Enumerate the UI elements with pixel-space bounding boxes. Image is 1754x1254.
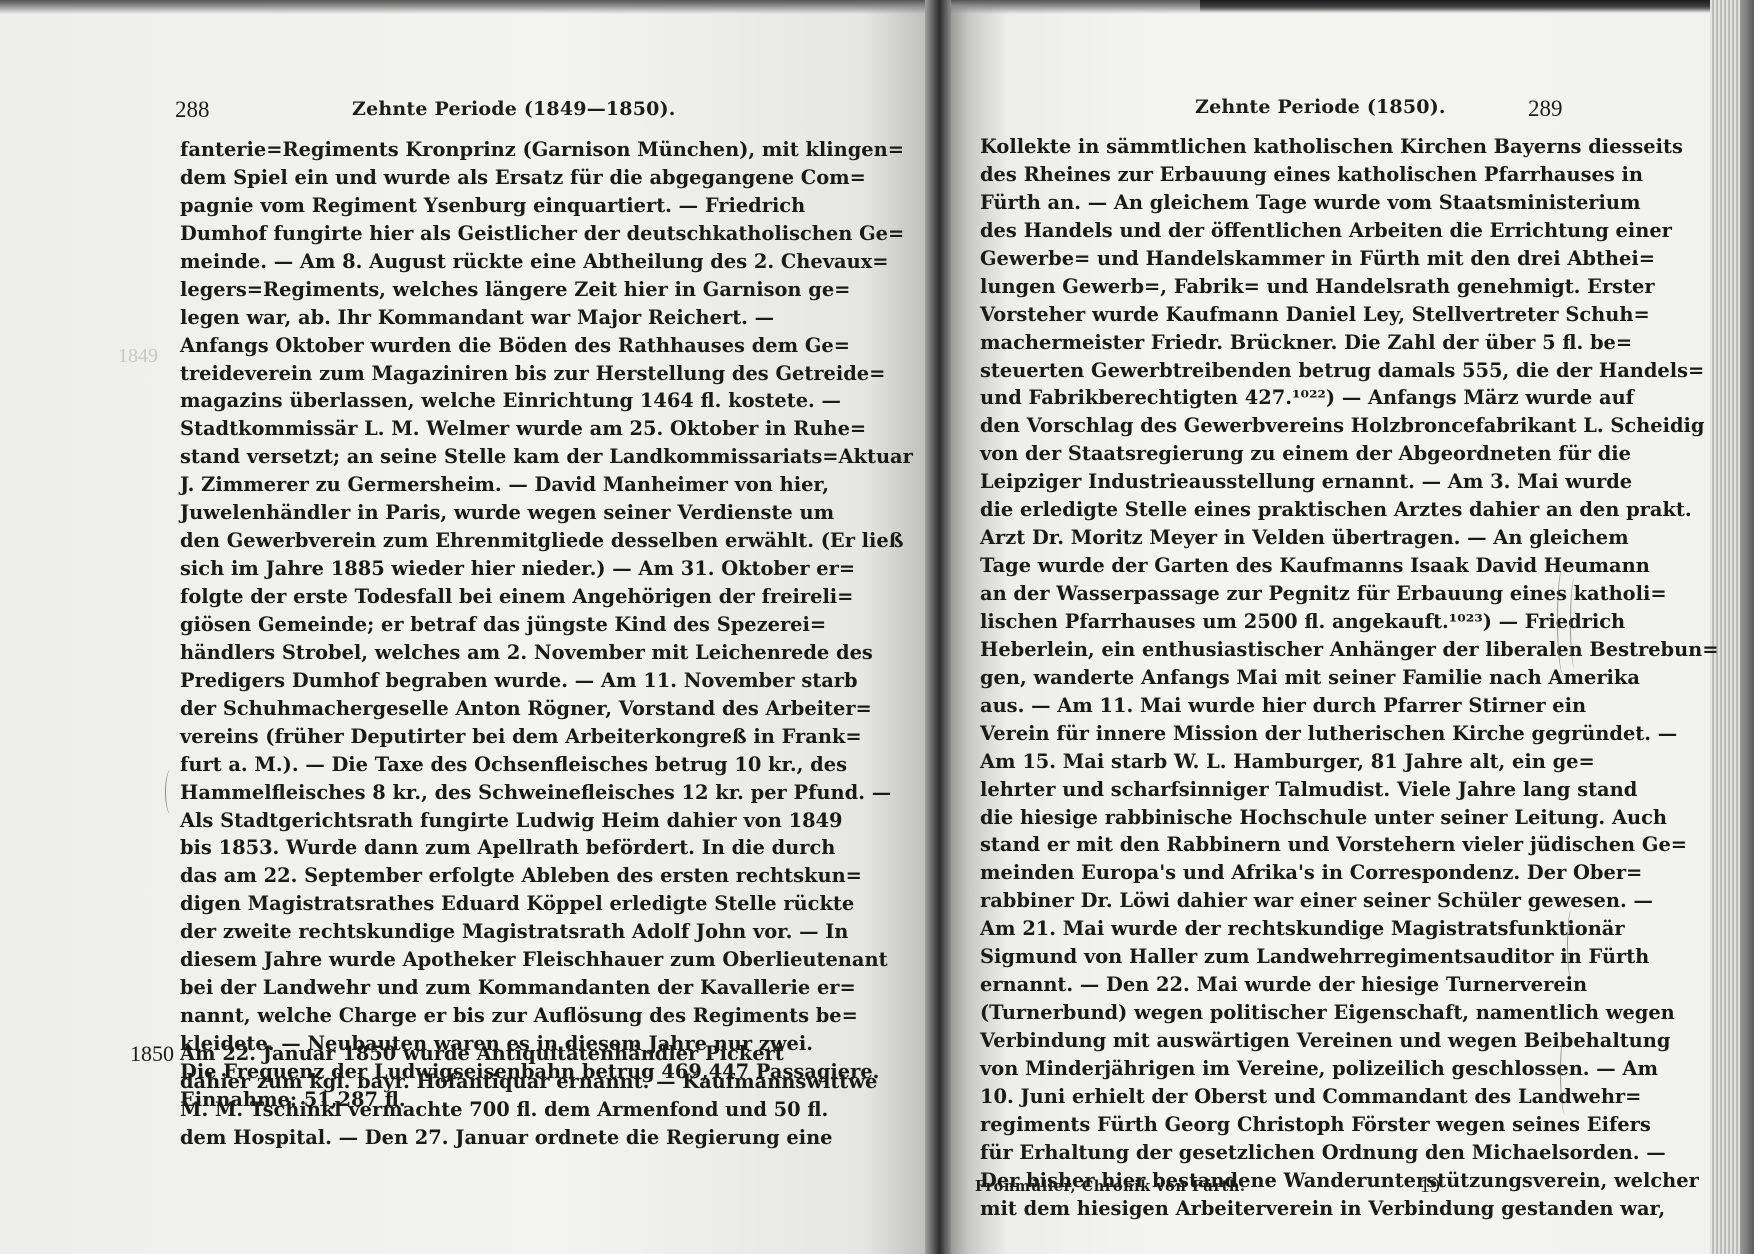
text-line: sich im Jahre 1885 wieder hier nieder.) … [180,555,758,583]
text-line: an der Wasserpassage zur Pegnitz für Erb… [980,580,1552,608]
text-line: Tage wurde der Garten des Kaufmanns Isaa… [980,552,1552,580]
ghost-margin-note: 1849 [118,345,158,368]
text-line: die erledigte Stelle eines praktischen A… [980,496,1552,524]
cover-edge [1740,0,1754,1254]
text-line: des Handels und der öffentlichen Arbeite… [980,217,1552,245]
text-line: dem Hospital. — Den 27. Januar ordnete d… [180,1124,758,1152]
left-page-number: 288 [175,97,210,123]
text-line: von Minderjährigen im Vereine, polizeili… [980,1055,1552,1083]
left-page-body: fanterie=Regiments Kronprinz (Garnison M… [180,136,758,1114]
text-line: des Rheines zur Erbauung eines katholisc… [980,161,1552,189]
text-line: 10. Juni erhielt der Oberst und Commanda… [980,1083,1552,1111]
text-line: steuerten Gewerbtreibenden betrug damals… [980,357,1552,385]
text-line: Heberlein, ein enthusiastischer Anhänger… [980,636,1552,664]
text-line: Juwelenhändler in Paris, wurde wegen sei… [180,499,758,527]
text-line: J. Zimmerer zu Germersheim. — David Manh… [180,471,758,499]
text-line: giösen Gemeinde; er betraf das jüngste K… [180,611,758,639]
text-line: meinden Europa's und Afrika's in Corresp… [980,859,1552,887]
right-page-number: 289 [1528,96,1563,122]
text-line: diesem Jahre wurde Apotheker Fleischhaue… [180,946,758,974]
pencil-mark-right-1 [1557,565,1570,675]
text-line: Am 21. Mai wurde der rechtskundige Magis… [980,915,1552,943]
text-line: Als Stadtgerichtsrath fungirte Ludwig He… [180,807,758,835]
text-line: bei der Landwehr und zum Kommandanten de… [180,974,758,1002]
text-line: dahier zum kgl. bayr. Hofantiquar ernann… [180,1068,758,1096]
left-page-1850-section: Am 22. Januar 1850 wurde Antiquitätenhän… [180,1040,758,1152]
text-line: pagnie vom Regiment Ysenburg einquartier… [180,192,758,220]
text-line: M. M. Tschinkl vermachte 700 fl. dem Arm… [180,1096,758,1124]
text-line: Gewerbe= und Handelskammer in Fürth mit … [980,245,1552,273]
text-line: und Fabrikberechtigten 427.¹⁰²²) — Anfan… [980,384,1552,412]
text-line: Vorsteher wurde Kaufmann Daniel Ley, Ste… [980,301,1552,329]
text-line: Hammelfleisches 8 kr., des Schweinefleis… [180,779,758,807]
text-line: lischen Pfarrhauses um 2500 fl. angekauf… [980,608,1552,636]
text-line: händlers Strobel, welches am 2. November… [180,639,758,667]
top-edge-shadow-right [1200,0,1754,12]
text-line: legen war, ab. Ihr Kommandant war Major … [180,304,758,332]
pencil-mark-left [165,770,176,814]
text-line: (Turnerbund) wegen politischer Eigenscha… [980,999,1552,1027]
signature-number: 19 [1420,1175,1440,1198]
margin-year-1850: 1850 [130,1041,174,1067]
text-line: furt a. M.). — Die Taxe des Ochsenfleisc… [180,751,758,779]
text-line: stand versetzt; an seine Stelle kam der … [180,443,758,471]
text-line: Stadtkommissär L. M. Welmer wurde am 25.… [180,415,758,443]
book-spread: 288 Zehnte Periode (1849—1850). 1849 fan… [0,0,1754,1254]
text-line: den Vorschlag des Gewerbvereins Holzbron… [980,412,1552,440]
text-line: Leipziger Industrieausstellung ernannt. … [980,468,1552,496]
pencil-mark-right-3 [1567,910,1576,980]
text-line: Predigers Dumhof begraben wurde. — Am 11… [180,667,758,695]
text-line: mit dem hiesigen Arbeiterverein in Verbi… [980,1195,1552,1223]
text-line: Sigmund von Haller zum Landwehrregiments… [980,943,1552,971]
text-line: Am 15. Mai starb W. L. Hamburger, 81 Jah… [980,748,1552,776]
text-line: ernannt. — Den 22. Mai wurde der hiesige… [980,971,1552,999]
text-line: regiments Fürth Georg Christoph Förster … [980,1111,1552,1139]
footer-signature: Fronmüller, Chronik von Fürth. [975,1178,1245,1195]
right-running-title: Zehnte Periode (1850). [1195,96,1446,118]
text-line: legers=Regiments, welches längere Zeit h… [180,276,758,304]
text-line: aus. — Am 11. Mai wurde hier durch Pfarr… [980,692,1552,720]
text-line: gen, wanderte Anfangs Mai mit seiner Fam… [980,664,1552,692]
text-line: dem Spiel ein und wurde als Ersatz für d… [180,164,758,192]
text-line: lehrter und scharfsinniger Talmudist. Vi… [980,776,1552,804]
text-line: bis 1853. Wurde dann zum Apellrath beför… [180,834,758,862]
text-line: Anfangs Oktober wurden die Böden des Rat… [180,332,758,360]
pencil-mark-right-4 [1560,1030,1571,1115]
text-line: Am 22. Januar 1850 wurde Antiquitätenhän… [180,1040,758,1068]
pencil-mark-right-2 [1570,578,1579,668]
text-line: digen Magistratsrathes Eduard Köppel erl… [180,890,758,918]
text-line: Fürth an. — An gleichem Tage wurde vom S… [980,189,1552,217]
text-line: den Gewerbverein zum Ehrenmitgliede dess… [180,527,758,555]
text-line: fanterie=Regiments Kronprinz (Garnison M… [180,136,758,164]
text-line: Verbindung mit auswärtigen Vereinen und … [980,1027,1552,1055]
left-running-title: Zehnte Periode (1849—1850). [352,98,676,120]
text-line: für Erhaltung der gesetzlichen Ordnung d… [980,1139,1552,1167]
book-gutter [925,0,951,1254]
text-line: magazins überlassen, welche Einrichtung … [180,387,758,415]
text-line: meinde. — Am 8. August rückte eine Abthe… [180,248,758,276]
text-line: machermeister Friedr. Brückner. Die Zahl… [980,329,1552,357]
text-line: folgte der erste Todesfall bei einem Ang… [180,583,758,611]
text-line: der Schuhmachergeselle Anton Rögner, Vor… [180,695,758,723]
text-line: nannt, welche Charge er bis zur Auflösun… [180,1002,758,1030]
text-line: Kollekte in sämmtlichen katholischen Kir… [980,133,1552,161]
text-line: die hiesige rabbinische Hochschule unter… [980,804,1552,832]
text-line: lungen Gewerb=, Fabrik= und Handelsrath … [980,273,1552,301]
text-line: treideverein zum Magaziniren bis zur Her… [180,360,758,388]
text-line: Dumhof fungirte hier als Geistlicher der… [180,220,758,248]
text-line: von der Staatsregierung zu einem der Abg… [980,440,1552,468]
text-line: vereins (früher Deputirter bei dem Arbei… [180,723,758,751]
text-line: das am 22. September erfolgte Ableben de… [180,862,758,890]
text-line: Verein für innere Mission der lutherisch… [980,720,1552,748]
text-line: Arzt Dr. Moritz Meyer in Velden übertrag… [980,524,1552,552]
text-line: stand er mit den Rabbinern und Vorsteher… [980,831,1552,859]
text-line: der zweite rechtskundige Magistratsrath … [180,918,758,946]
right-page-body: Kollekte in sämmtlichen katholischen Kir… [980,133,1552,1223]
text-line: rabbiner Dr. Löwi dahier war einer seine… [980,887,1552,915]
